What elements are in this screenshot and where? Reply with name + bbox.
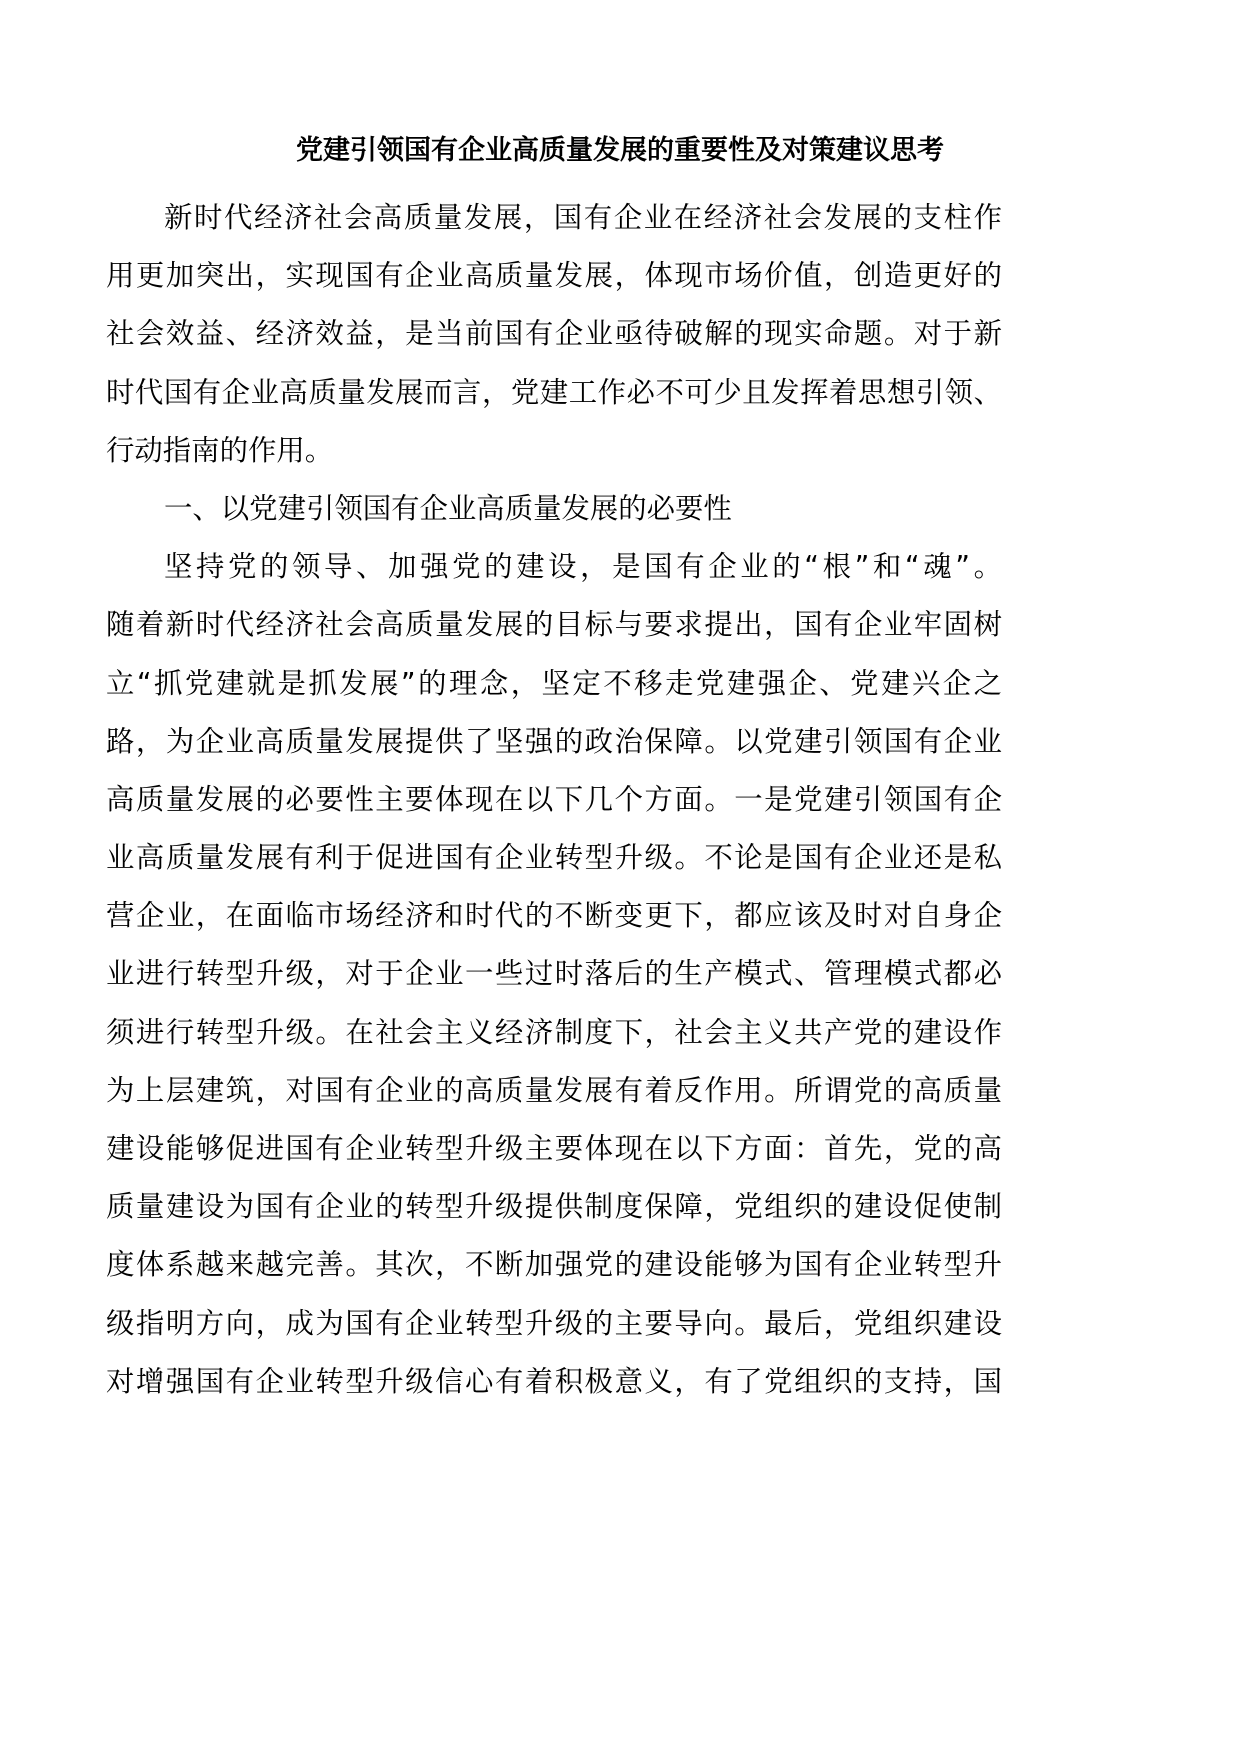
text-line: 随着新时代经济社会高质量发展的目标与要求提出，国有企业牢固树 (106, 596, 1002, 654)
document-page: 党建引领国有企业高质量发展的重要性及对策建议思考 新时代经济社会高质量发展，国有… (0, 0, 1240, 1754)
text-line: 质量建设为国有企业的转型升级提供制度保障，党组织的建设促使制 (106, 1178, 1002, 1236)
text-line: 级指明方向，成为国有企业转型升级的主要导向。最后，党组织建设 (106, 1295, 1002, 1353)
text-line: 业进行转型升级，对于企业一些过时落后的生产模式、管理模式都必 (106, 945, 1002, 1003)
text-line: 用更加突出，实现国有企业高质量发展，体现市场价值，创造更好的 (106, 247, 1002, 305)
text-line: 营企业，在面临市场经济和时代的不断变更下，都应该及时对自身企 (106, 887, 1002, 945)
text-line: 社会效益、经济效益，是当前国有企业亟待破解的现实命题。对于新 (106, 305, 1002, 363)
text-line: 为上层建筑，对国有企业的高质量发展有着反作用。所谓党的高质量 (106, 1062, 1002, 1120)
text-line: 新时代经济社会高质量发展，国有企业在经济社会发展的支柱作 (106, 189, 1002, 247)
text-line: 业高质量发展有利于促进国有企业转型升级。不论是国有企业还是私 (106, 829, 1002, 887)
text-line: 立“抓党建就是抓发展”的理念，坚定不移走党建强企、党建兴企之 (106, 655, 1002, 713)
text-line: 度体系越来越完善。其次，不断加强党的建设能够为国有企业转型升 (106, 1236, 1002, 1294)
text-line: 须进行转型升级。在社会主义经济制度下，社会主义共产党的建设作 (106, 1004, 1002, 1062)
section-heading: 一、以党建引领国有企业高质量发展的必要性 (106, 480, 1002, 538)
text-line: 时代国有企业高质量发展而言，党建工作必不可少且发挥着思想引领、 (106, 364, 1002, 422)
text-line: 高质量发展的必要性主要体现在以下几个方面。一是党建引领国有企 (106, 771, 1002, 829)
text-line: 行动指南的作用。 (106, 422, 1002, 480)
text-line: 坚持党的领导、加强党的建设，是国有企业的“根”和“魂”。 (106, 538, 1002, 596)
text-line: 建设能够促进国有企业转型升级主要体现在以下方面：首先，党的高 (106, 1120, 1002, 1178)
text-line: 对增强国有企业转型升级信心有着积极意义，有了党组织的支持，国 (106, 1353, 1002, 1411)
document-body: 新时代经济社会高质量发展，国有企业在经济社会发展的支柱作 用更加突出，实现国有企… (106, 189, 1002, 1411)
text-line: 路，为企业高质量发展提供了坚强的政治保障。以党建引领国有企业 (106, 713, 1002, 771)
document-title: 党建引领国有企业高质量发展的重要性及对策建议思考 (0, 131, 1240, 171)
